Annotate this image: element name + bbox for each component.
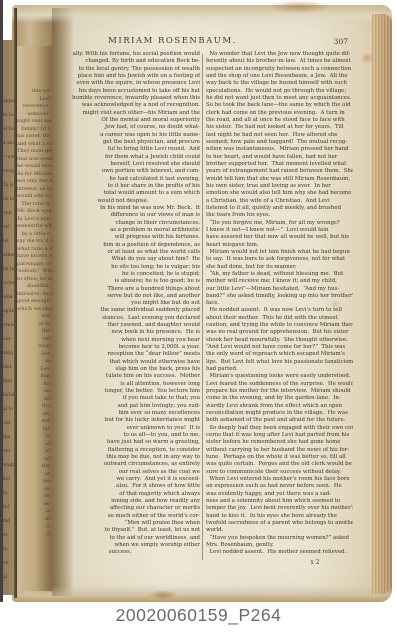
text-line: him in a position of dependence, as <box>55 242 200 249</box>
text-line: lips. But Levi felt what love his passio… <box>206 359 353 366</box>
text-line: wim a <box>3 291 14 305</box>
text-line: to the local gentry. The possession of w… <box>55 66 200 73</box>
text-line: not <box>17 418 52 426</box>
text-line: ally. With his fortune, his social posit… <box>55 51 200 58</box>
text-line: that was needful to <box>17 156 52 164</box>
text-line: an <box>17 396 52 404</box>
text-line: habd <box>3 389 14 403</box>
text-line: slap him on the back, press his <box>55 366 200 373</box>
page-fore-edge <box>372 14 391 594</box>
text-line: the only word of reproach which escaped … <box>206 351 353 358</box>
text-line: to say. It was hers to ask forgiveness, … <box>206 256 353 263</box>
text-line: nition was instantaneous. Miriam pressed… <box>206 146 353 153</box>
text-line: ket <box>17 351 52 359</box>
text-line: so <box>17 388 52 396</box>
text-line: he did not want just then to meet any ac… <box>206 95 353 102</box>
text-line: I knew it not—I knew not—” Levi would fa… <box>206 227 353 234</box>
text-line: family! Of t <box>17 126 52 134</box>
text-line: serve but do not like, and another <box>55 293 200 300</box>
text-line: we <box>17 478 52 486</box>
text-line: his sister. He had not looked at her for… <box>206 124 353 131</box>
text-line: heart misgave him. <box>206 242 353 249</box>
text-line: Levi <box>17 96 52 104</box>
text-line: prepare his mother for the interview. Mi… <box>206 388 353 395</box>
text-line: the tears from his eyes. <box>206 212 353 219</box>
text-line: ded <box>3 361 14 375</box>
text-line: Mr. Beck would <box>17 208 52 216</box>
text-line: us <box>17 486 52 494</box>
text-line: not only her own <box>17 178 52 186</box>
text-line: years of estrangement had raised between… <box>206 168 353 175</box>
text-line: a alone <box>3 137 14 151</box>
text-line: No wonder that Levi the Jew now thought … <box>206 51 353 58</box>
text-line: if you must take to that; you <box>55 395 200 402</box>
text-line: to her heart, and would have fallen, had… <box>206 154 353 161</box>
text-line: without carrying to her husband the news… <box>206 447 353 454</box>
text-line: mother will receive me; I know it; and m… <box>206 278 353 285</box>
archival-label: 20020060159_P264 <box>0 605 397 626</box>
left-text-column: ally. With his fortune, his social posit… <box>55 51 200 561</box>
text-line: flattering a reception, to consider <box>55 447 200 454</box>
text-line: would not despise. <box>55 198 200 205</box>
text-line: this we <box>17 88 52 96</box>
text-line: ia <box>17 358 52 366</box>
text-line: clerk had come on the previous evening. … <box>206 110 353 117</box>
text-line: the <box>17 328 52 336</box>
text-line: inning side, and how readily any <box>55 498 200 505</box>
text-line: about their mother. This he did with the… <box>206 315 353 322</box>
text-line: will progress with his fortunes. <box>55 234 200 241</box>
text-line: have known him t <box>17 253 52 261</box>
text-line: aghly <box>3 305 14 319</box>
text-line: we <box>17 411 52 419</box>
text-line: was quite certain. Porges and the old cl… <box>206 461 353 468</box>
column-rule <box>202 54 203 560</box>
text-line: to <box>17 433 52 441</box>
text-line: but for his lucky inheritance might <box>55 417 200 424</box>
text-line: mig <box>17 373 52 381</box>
text-line: of that majority which always <box>55 491 200 498</box>
text-line: to look <box>3 109 14 123</box>
text-line: acknowl- <box>17 111 52 119</box>
text-line: ol his <box>3 123 14 137</box>
text-line: suspected an incongruity between such a … <box>206 66 353 73</box>
text-line: own portion with interest, and com- <box>55 168 200 175</box>
text-line: to us all—to you, and to me, <box>55 432 200 439</box>
text-line: this may be due, not in any way to <box>55 454 200 461</box>
text-line: new book in his presence. He is <box>55 329 200 336</box>
page-number: 307 <box>326 37 348 46</box>
text-line: a Christian, the wife of a Christian. An… <box>206 198 353 205</box>
text-line: intrusive; he is <box>17 291 52 299</box>
text-line: he had calculated it last evening, <box>55 176 200 183</box>
text-line: al fo <box>17 321 52 329</box>
text-line: stances. Last evening you declared <box>55 315 200 322</box>
text-line: might visit each other—his Miriam and th… <box>55 110 200 117</box>
text-line: ia <box>3 487 14 501</box>
text-line: say me try it at <box>17 238 52 246</box>
text-line: tulate him on his success. Mother <box>55 373 200 380</box>
text-line: crnis <box>3 319 14 333</box>
text-line: So he took the back lane—the same by whi… <box>206 102 353 109</box>
text-line: band?” she asked timidly, looking up int… <box>206 293 353 300</box>
text-line: The total w <box>17 201 52 209</box>
text-line: Jew had, of course, no doubt what- <box>55 124 200 131</box>
text-line: Levi feared the suddenness of the surpri… <box>206 381 353 388</box>
text-line: Ta ls <box>3 179 14 193</box>
text-line: What do you say about him? He <box>55 256 200 263</box>
text-line: to the aid of our worldliness, and <box>55 535 200 542</box>
facing-page-line-endings: this weLevireverence,acknowl-night visit… <box>17 88 52 538</box>
text-line: ferently about his brother-in-law. At ti… <box>206 58 353 65</box>
text-line: As for Miriam h <box>17 171 52 179</box>
text-line: change in their circumstances. <box>55 220 200 227</box>
text-line: was evidently happy, and yet there was a… <box>206 491 353 498</box>
text-line: He nodded assent. It was now Levi's turn… <box>206 307 353 314</box>
text-line: he sits too long; he is vulgar; his <box>55 264 200 271</box>
text-line: wagl <box>3 459 14 473</box>
text-line: “Men will praise thee when <box>55 520 200 527</box>
text-line: our real selves as the coat we <box>55 469 200 476</box>
text-line: even with the squire, in whose presence … <box>55 80 200 87</box>
text-line: 'nobody.' What <box>17 268 52 276</box>
text-line: In his mind he was now Mr. Beck. It <box>55 205 200 212</box>
text-line: cerns that it was long after Levi had pa… <box>206 432 353 439</box>
text-line: They must get <box>17 148 52 156</box>
text-line: to often; he sl <box>17 276 52 284</box>
text-line: get the best physician, and procure <box>55 139 200 146</box>
text-line: tune. Perhaps on the whole it was better… <box>206 454 353 461</box>
text-line: and what a cu <box>17 141 52 149</box>
text-line: is all attention, however long <box>55 381 200 388</box>
text-line: for them what a Jewish child could <box>55 154 200 161</box>
text-line: his sister, the Jew <box>17 133 52 141</box>
text-line: and the shop of one Levi Rosenbaum, a Je… <box>206 73 353 80</box>
archival-label-strip: 20020060159_P264 <box>0 602 397 640</box>
text-line: herself, Levi resolved she should <box>55 161 200 168</box>
text-line: al <box>3 571 14 585</box>
text-line: our little Levi”—Miriam hesitated. “And … <box>206 286 353 293</box>
text-line: ful to bring little Levi round. And <box>55 146 200 153</box>
text-line: she had done, but for its manner. <box>206 264 353 271</box>
text-line: that which would otherwise have <box>55 359 200 366</box>
text-line: reconciliation might produce in the vill… <box>206 410 353 417</box>
text-line: vergio <box>3 165 14 179</box>
text-line: so <box>17 456 52 464</box>
text-line: Miriam's questioning looks were easily u… <box>206 373 353 380</box>
text-line: ther yawned, and daughter would <box>55 322 200 329</box>
text-line: we carry. And yet it is exceed- <box>55 476 200 483</box>
text-line: o den <box>3 277 14 291</box>
text-line: world. <box>206 527 353 534</box>
text-line: to thyself.” But, at least, let us not <box>55 527 200 534</box>
text-line: ted <box>17 313 52 321</box>
text-line: his own sister, true and loving as ever.… <box>206 183 353 190</box>
text-line: speculations. He would not go through th… <box>206 88 353 95</box>
text-line: hand to kiss it. In his eyes she bore al… <box>206 513 353 520</box>
text-line: reception the “dear fellow” meets <box>55 351 200 358</box>
text-line: total would amount to a sum which <box>55 190 200 197</box>
text-line: or at least as what the world calls <box>55 249 200 256</box>
text-line: him ever so many excellences <box>55 410 200 417</box>
text-line: Lev <box>3 333 14 347</box>
text-line: ever unknown to you! It is <box>55 425 200 432</box>
text-line: be ta <box>3 263 14 277</box>
text-line: what ratio a man w <box>17 246 52 254</box>
text-line: the <box>3 431 14 445</box>
text-line: which we observe <box>17 306 52 314</box>
text-line: appo <box>3 95 14 109</box>
text-line: good enough. The <box>17 298 52 306</box>
text-line: d <box>17 531 52 539</box>
text-line: would tell him that she was still Miriam… <box>206 176 353 183</box>
text-line: ket <box>3 473 14 487</box>
text-line: success. <box>55 549 200 556</box>
text-line: changed. By birth and education Beck be- <box>55 58 200 65</box>
text-line: is <box>17 508 52 516</box>
text-line: “And Levi would not have come for her?” … <box>206 344 353 351</box>
text-line: caution, and trying the while to convinc… <box>206 322 353 329</box>
text-line: twofold sacredness of a parent who belon… <box>206 520 353 527</box>
text-line: Miriam would not let him finish what he … <box>206 249 353 256</box>
text-line: a career was open to his little name- <box>55 132 200 139</box>
text-line: was no real ground for apprehension. But… <box>206 329 353 336</box>
text-line: affecting our character or merits <box>55 505 200 512</box>
text-line: athera <box>3 249 14 263</box>
text-line: wagl <box>17 343 52 351</box>
text-line: onl <box>17 336 52 344</box>
text-line: was acknowledged by a nod of recognition… <box>55 102 200 109</box>
text-line: place him and his Jewish wife on a footi… <box>55 73 200 80</box>
text-line: ness and a solemnity about him which see… <box>206 498 353 505</box>
text-line: e <box>17 523 52 531</box>
text-line: also. For it shows of how little <box>55 483 200 490</box>
text-line: brother supported her. That moment level… <box>206 161 353 168</box>
text-line: difference in our views of man is <box>55 212 200 219</box>
text-line: md <box>3 515 14 529</box>
text-line: in <box>3 543 14 557</box>
text-line: and pat him lovingly; you sud- <box>55 403 200 410</box>
text-line: of <box>17 441 52 449</box>
text-line: night visit eac <box>17 118 52 126</box>
text-line: the road, and all at once he stood face … <box>206 117 353 124</box>
text-line: he lor <box>3 193 14 207</box>
text-line: -ad <box>3 417 14 431</box>
text-line: so much either of the world's cor- <box>55 513 200 520</box>
text-line: you might like but do not <box>55 300 200 307</box>
text-line: he would show th <box>17 163 52 171</box>
text-line: —what <box>3 151 14 165</box>
text-line: come in the evening, and by the garden-l… <box>206 395 353 402</box>
text-line: on <box>3 557 14 571</box>
text-line: have assured her that now all would be w… <box>206 234 353 241</box>
text-line: his <box>17 426 52 434</box>
text-line: is abusive; he is too good; he is <box>55 278 200 285</box>
text-line: tha <box>17 403 52 411</box>
text-line: onl <box>3 445 14 459</box>
text-line: sure to communicate their success withou… <box>206 469 353 476</box>
text-line: let <box>3 235 14 249</box>
text-line: way back to the village he busied himsel… <box>206 80 353 87</box>
text-line: his days been accustomed to take off his… <box>55 88 200 95</box>
text-line: longer, the better. You lecture him <box>55 388 200 395</box>
text-line: had parted. <box>206 366 353 373</box>
facing-page-edge: appoto lookol hisa alone—whatvergioTa ls… <box>3 40 14 595</box>
text-line: m <box>17 516 52 524</box>
text-line: temper the joy. Levi bent reverently ove… <box>206 505 353 512</box>
text-line: last night he had not seen her. How alte… <box>206 132 353 139</box>
text-line: the same individual suddenly placed <box>55 307 200 314</box>
text-line: he <box>17 501 52 509</box>
right-text-column: No wonder that Levi the Jew now thought … <box>206 51 353 561</box>
text-line: doubtful; <box>17 283 52 291</box>
text-line: supy <box>3 347 14 361</box>
text-line: humble reverence, inwardly pleased when … <box>55 95 200 102</box>
text-line: “Ah, my father is dead, without blessing… <box>206 271 353 278</box>
text-line: by a little c <box>17 231 52 239</box>
text-line: that <box>3 375 14 389</box>
text-line: “Have you bespoken the mourning women?” … <box>206 535 353 542</box>
text-line: on <box>17 493 52 501</box>
text-line: onic <box>3 207 14 221</box>
text-line: Lev <box>17 366 52 374</box>
text-line: Mrs. Rosenbaum, gently. <box>206 542 353 549</box>
text-line: interest, as he <box>17 186 52 194</box>
text-line: tel <box>3 501 14 515</box>
text-line: as a problem in moral arithmetic <box>55 227 200 234</box>
text-line: reverence, <box>17 103 52 111</box>
text-line: emotion she would also tell him why she … <box>206 190 353 197</box>
text-line: face. <box>206 300 353 307</box>
facing-page-margin: this weLevireverence,acknowl-night visit… <box>17 46 52 591</box>
text-line: “Do you forgive me, Miriam, for all my w… <box>206 220 353 227</box>
text-line: would add to it <box>17 193 52 201</box>
text-line: outward circumstances, as entirely <box>55 461 200 468</box>
text-line: Of the mental and moral superiority <box>55 117 200 124</box>
text-line: er <box>3 529 14 543</box>
text-line: Levi nodded assent. His mother seemed re… <box>206 549 353 556</box>
text-line: al fo <box>3 403 14 417</box>
text-line: in <box>17 448 52 456</box>
running-header: MIRIAM ROSENBAUM. <box>80 36 265 46</box>
text-line: listened to it all, quietly and meekly, … <box>206 205 353 212</box>
text-line: In Levi's min <box>17 216 52 224</box>
facing-page-edge-text: appoto lookol hisa alone—whatvergioTa ls… <box>3 95 14 585</box>
text-line: an expression such as had never before s… <box>206 483 353 490</box>
text-line: when we simply worship either <box>55 542 200 549</box>
text-line: There are a hundred things about <box>55 286 200 293</box>
text-line: ful <box>17 381 52 389</box>
text-line: When Levi entered his mother's room his … <box>206 476 353 483</box>
text-line: to it her share in the profits of his <box>55 183 200 190</box>
text-line: both ashamed of the past and afraid for … <box>206 417 353 424</box>
text-line: patronage, or <box>17 261 52 269</box>
text-line: So deeply had they been engaged with the… <box>206 425 353 432</box>
text-line: he is conceited; he is stupid; <box>55 271 200 278</box>
text-line: wardly Levi shrank from the effect which… <box>206 403 353 410</box>
text-line: at <box>17 471 52 479</box>
printer-signature: x 2 <box>298 559 332 566</box>
text-line: seemed; how pale and haggard! The mutual… <box>206 139 353 146</box>
text-line: when next morning you hear <box>55 337 200 344</box>
text-line: wonderful what diff <box>17 223 52 231</box>
text-line: yel <box>3 221 14 235</box>
text-line: have just had so warm a greeting, <box>55 439 200 446</box>
text-line: the <box>17 463 52 471</box>
text-line: sister before he remembered she had gone… <box>206 439 353 446</box>
scanned-book-photo: appoto lookol hisa alone—whatvergioTa ls… <box>0 0 397 640</box>
